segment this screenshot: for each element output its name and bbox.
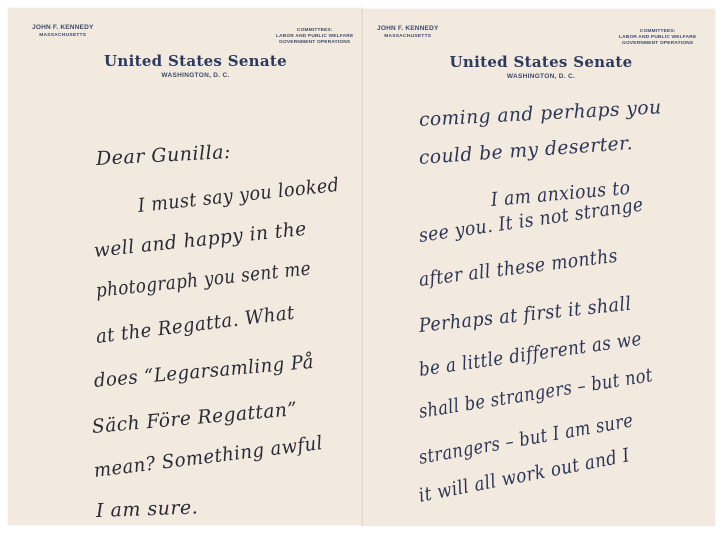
letterhead-senator: JOHN F. KENNEDY MASSACHUSETTS xyxy=(32,24,94,38)
committee-2: GOVERNMENT OPERATIONS xyxy=(276,40,353,46)
senator-state: MASSACHUSETTS xyxy=(32,33,94,38)
letter-page-1: JOHN F. KENNEDY MASSACHUSETTS COMMITTEES… xyxy=(8,8,363,525)
letterhead-institution: United States Senate xyxy=(367,53,715,71)
handwritten-line: coming and perhaps you xyxy=(418,96,662,131)
handwritten-line: at the Regatta. What xyxy=(95,302,296,348)
salutation: Dear Gunilla: xyxy=(95,141,231,170)
committee-2: GOVERNMENT OPERATIONS xyxy=(619,41,696,47)
handwritten-line: I must say you looked xyxy=(137,174,341,217)
handwritten-line: after all these months xyxy=(418,245,619,291)
senator-name: JOHN F. KENNEDY xyxy=(32,24,94,31)
handwritten-line: well and happy in the xyxy=(93,218,308,262)
handwritten-line: does “Legarsamling På xyxy=(93,351,315,392)
letterhead-committees: COMMITTEES: LABOR AND PUBLIC WELFARE GOV… xyxy=(619,29,696,47)
letterhead-institution: United States Senate xyxy=(28,52,363,70)
senator-name: JOHN F. KENNEDY xyxy=(377,25,439,32)
handwritten-line: photograph you sent me xyxy=(95,257,312,301)
letterhead-city: WASHINGTON, D. C. xyxy=(28,72,363,79)
handwritten-line: I am sure. xyxy=(96,496,199,522)
letterhead-committees: COMMITTEES: LABOR AND PUBLIC WELFARE GOV… xyxy=(276,28,353,46)
handwritten-line: Perhaps at first it shall xyxy=(418,293,633,337)
handwritten-line: mean? Something awful xyxy=(93,432,324,482)
letterhead-city: WASHINGTON, D. C. xyxy=(367,73,715,80)
letterhead-senator: JOHN F. KENNEDY MASSACHUSETTS xyxy=(377,25,439,39)
letter-page-2: JOHN F. KENNEDY MASSACHUSETTS COMMITTEES… xyxy=(362,9,715,526)
handwritten-line: could be my deserter. xyxy=(418,132,633,169)
handwritten-line: Säch Före Regattan” xyxy=(91,398,298,438)
senator-state: MASSACHUSETTS xyxy=(377,34,439,39)
